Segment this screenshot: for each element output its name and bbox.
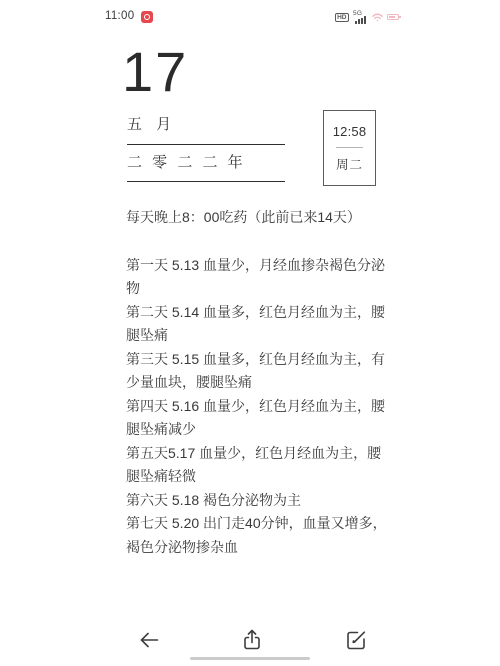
clock-weekday-box: 12:58 周二 [323,110,376,186]
phone-screen: 11:00 HD 5G 17 五 月 二 零 二 二 年 12:58 周二 每天… [0,0,500,666]
note-entry: 第七天 5.20 出门走40分钟，血量又增多，褐色分泌物掺杂血 [126,512,389,559]
calendar-month-label: 五 月 [127,113,176,134]
status-right-cluster: HD 5G [335,10,399,24]
compose-pen-icon [343,627,369,653]
status-bar: 11:00 HD 5G [100,8,400,26]
wifi-icon [372,12,383,22]
note-entry: 第一天 5.13 血量少，月经血掺杂褐色分泌物 [126,254,389,301]
note-entry: 第二天 5.14 血量多，红色月经血为主，腰腿坠痛 [126,301,389,348]
calendar-day-number: 17 [122,44,188,100]
note-entry: 第四天 5.16 血量少，红色月经血为主，腰腿坠痛减少 [126,395,389,442]
note-body[interactable]: 每天晚上8：00吃药（此前已来14天） 第一天 5.13 血量少，月经血掺杂褐色… [126,206,389,559]
back-arrow-icon [136,627,162,653]
share-button[interactable] [239,627,265,653]
signal-strength-icon: 5G [353,11,368,24]
signal-bars-icon [355,16,366,24]
note-entry: 第五天5.17 血量少，红色月经血为主，腰腿坠痛轻微 [126,442,389,489]
note-intro: 每天晚上8：00吃药（此前已来14天） [126,206,389,230]
note-entry: 第三天 5.15 血量多，红色月经血为主，有少量血块，腰腿坠痛 [126,348,389,395]
recording-app-icon [141,11,153,23]
calendar-year-label: 二 零 二 二 年 [127,151,246,172]
divider-line [127,144,285,145]
weekday-label: 周二 [336,155,363,173]
note-entries: 第一天 5.13 血量少，月经血掺杂褐色分泌物第二天 5.14 血量多，红色月经… [126,254,389,560]
note-entry: 第六天 5.18 褐色分泌物为主 [126,489,389,513]
compose-button[interactable] [343,627,369,653]
note-time: 12:58 [333,124,367,139]
back-button[interactable] [136,627,162,653]
status-time: 11:00 [105,10,134,22]
share-icon [239,627,265,653]
home-indicator[interactable] [190,657,310,660]
hd-volte-icon: HD [335,13,349,22]
clock-box-divider [336,147,363,148]
divider-line [127,181,285,182]
battery-icon [387,14,399,20]
